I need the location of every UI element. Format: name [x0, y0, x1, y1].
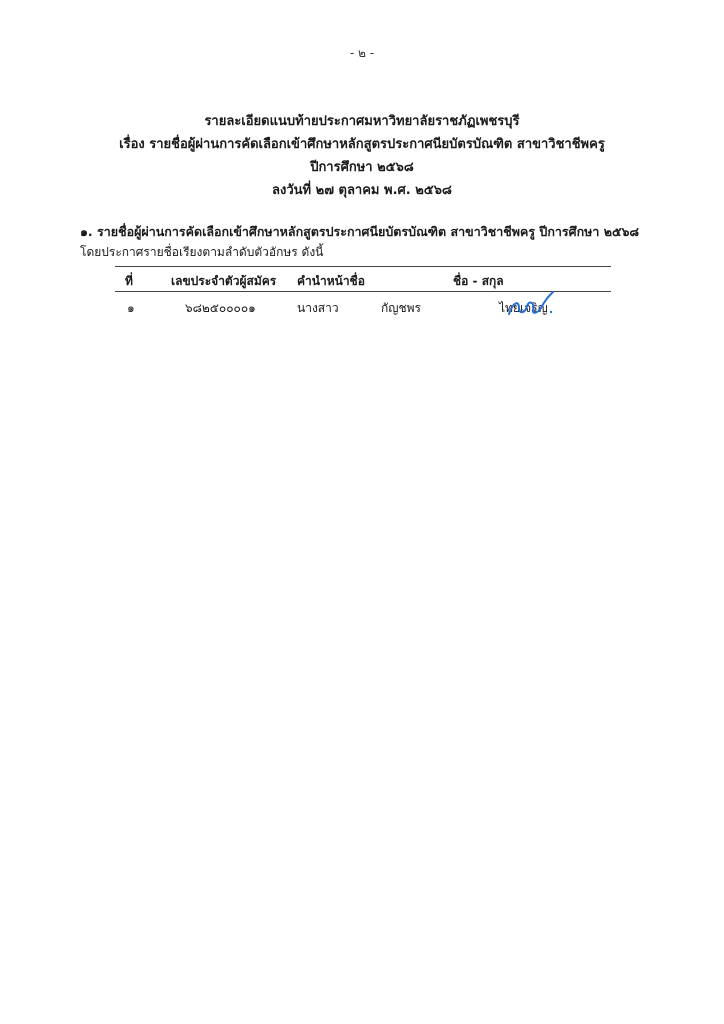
section-heading: ๑. รายชื่อผู้ผ่านการคัดเลือกเข้าศึกษาหลั… [80, 222, 639, 242]
header-prefix: คำนำหน้าชื่อ [297, 272, 365, 291]
header-name: ชื่อ - สกุล [453, 272, 504, 291]
signature-icon [505, 288, 595, 318]
cell-applicant-id: ๖๘๒๕๐๐๐๐๑ [185, 299, 256, 318]
title-line-2: เรื่อง รายชื่อผู้ผ่านการคัดเลือกเข้าศึกษ… [0, 133, 724, 156]
title-line-date: ลงวันที่ ๒๗ ตุลาคม พ.ศ. ๒๕๖๘ [0, 179, 724, 202]
title-line-academic-year: ปีการศึกษา ๒๕๖๘ [0, 156, 724, 179]
cell-no: ๑ [127, 299, 135, 318]
header-no: ที่ [125, 272, 133, 291]
cell-first-name: กัญชพร [381, 299, 421, 318]
table-top-rule [115, 266, 611, 267]
page-number: - ๒ - [0, 44, 724, 63]
title-line-1: รายละเอียดแนบท้ายประกาศมหาวิทยาลัยราชภัฏ… [0, 110, 724, 133]
section-subtext: โดยประกาศรายชื่อเรียงตามลำดับตัวอักษร ดั… [80, 243, 323, 262]
cell-prefix: นางสาว [297, 299, 339, 318]
document-title: รายละเอียดแนบท้ายประกาศมหาวิทยาลัยราชภัฏ… [0, 110, 724, 202]
header-applicant-id: เลขประจำตัวผู้สมัคร [171, 272, 276, 291]
